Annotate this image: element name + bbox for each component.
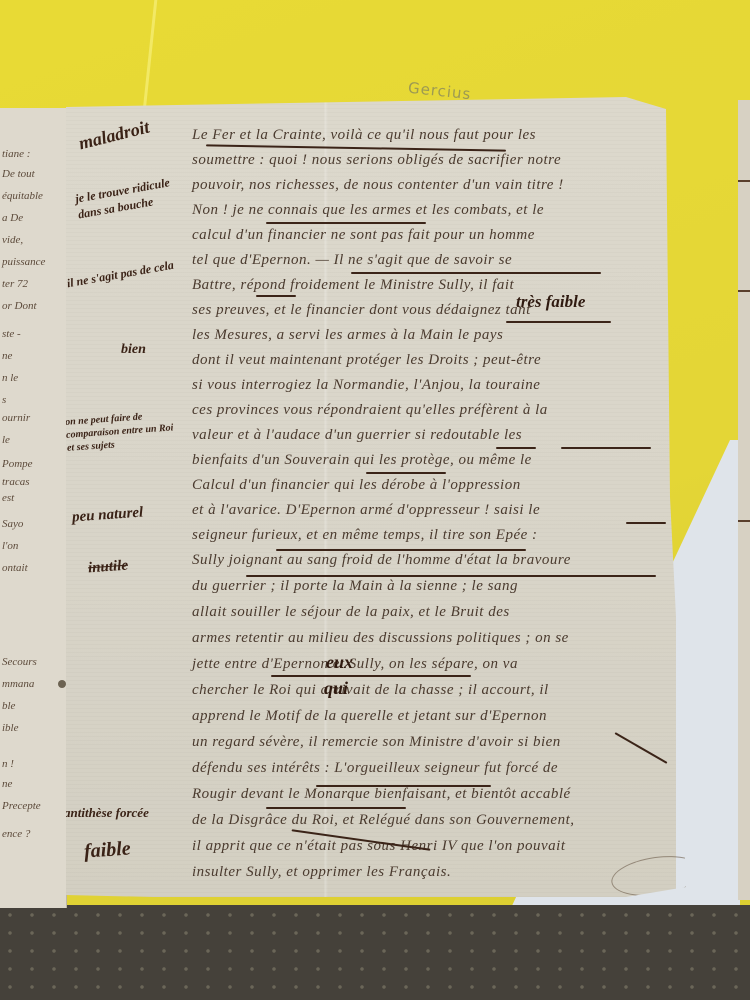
- left-fragment: Precepte: [2, 800, 41, 812]
- left-fragment: De tout: [2, 168, 35, 180]
- text-line: allait souiller le séjour de la paix, et…: [192, 604, 510, 621]
- underline: [561, 447, 651, 449]
- text-line: Le Fer et la Crainte, voilà ce qu'il nou…: [192, 127, 536, 144]
- left-fragment: ste -: [2, 328, 21, 340]
- correction-eux: eux: [326, 652, 353, 673]
- text-line: Battre, répond froidement le Ministre Su…: [192, 277, 514, 294]
- left-fragment: ontait: [2, 562, 28, 574]
- text-line: et à l'avarice. D'Epernon armé d'oppress…: [192, 502, 540, 519]
- margin-note: on ne peut faire de comparaison entre un…: [65, 408, 177, 455]
- ink-smudge: [58, 680, 66, 688]
- left-fragment: s: [2, 394, 6, 406]
- text-line: armes retentir au milieu des discussions…: [192, 630, 569, 647]
- text-line: de la Disgrâce du Roi, et Relégué dans s…: [192, 812, 575, 829]
- left-fragment: or Dont: [2, 300, 37, 312]
- text-line: insulter Sully, et opprimer les Français…: [192, 864, 451, 881]
- left-fragment: ble: [2, 700, 15, 712]
- left-fragment: Pompe: [2, 458, 33, 470]
- text-line: ses preuves, et le financier dont vous d…: [192, 302, 531, 319]
- text-line: défendu ses intérêts : L'orgueilleux sei…: [192, 760, 558, 777]
- text-line: seigneur furieux, et en même temps, il t…: [192, 527, 538, 544]
- text-line: dont il veut maintenant protéger les Dro…: [192, 352, 541, 369]
- text-line: apprend le Motif de la querelle et jetan…: [192, 708, 547, 725]
- underline: [366, 472, 446, 474]
- left-fragment: tracas: [2, 476, 30, 488]
- left-fragment: équitable: [2, 190, 43, 202]
- text-line: jette entre d'Epernon et Sully, on les s…: [192, 656, 518, 673]
- left-fragment: n le: [2, 372, 18, 384]
- carpet-surface: [0, 905, 750, 1000]
- underline: [496, 447, 536, 449]
- text-line: valeur et à l'audace d'un guerrier si re…: [192, 427, 522, 444]
- correction-qui: qui: [324, 678, 348, 699]
- text-line: du guerrier ; il porte la Main à la sien…: [192, 578, 518, 595]
- underline: [246, 575, 656, 577]
- underline: [351, 272, 601, 274]
- text-line: Non ! je ne connais que les armes et les…: [192, 202, 544, 219]
- text-line: les Mesures, a servi les armes à la Main…: [192, 327, 503, 344]
- text-line: Calcul d'un financier qui les dérobe à l…: [192, 477, 521, 494]
- margin-note: faible: [83, 840, 131, 859]
- underline: [256, 295, 296, 297]
- left-fragment: le: [2, 434, 10, 446]
- left-fragment: mmana: [2, 678, 34, 690]
- text-line: bienfaits d'un Souverain qui les protège…: [192, 452, 532, 469]
- manuscript-page: Le Fer et la Crainte, voilà ce qu'il nou…: [66, 97, 676, 897]
- ink-stroke: [738, 180, 750, 182]
- underline: [266, 807, 406, 809]
- left-fragment: ournir: [2, 412, 30, 424]
- underline: [276, 549, 526, 551]
- left-fragment: ter 72: [2, 278, 28, 290]
- correction-tres-faible: très faible: [516, 292, 585, 312]
- left-manuscript-page: tiane : De tout équitable a De vide, pui…: [0, 108, 67, 908]
- left-fragment: Sayo: [2, 518, 23, 530]
- ink-stroke: [738, 290, 750, 292]
- underline: [506, 321, 611, 323]
- margin-note: antithèse forcée: [64, 805, 149, 821]
- text-line: Rougir devant le Monarque bienfaisant, e…: [192, 786, 571, 803]
- left-fragment: Secours: [2, 656, 37, 668]
- left-fragment: ne: [2, 778, 12, 790]
- text-line: soumettre : quoi ! nous serions obligés …: [192, 152, 561, 169]
- left-fragment: a De: [2, 212, 23, 224]
- margin-note: inutile: [87, 558, 128, 577]
- text-line: chercher le Roi qui arrivait de la chass…: [192, 682, 549, 699]
- underline: [316, 785, 491, 787]
- strikethrough: [271, 675, 471, 677]
- left-fragment: puissance: [2, 256, 45, 268]
- left-fragment: ne: [2, 350, 12, 362]
- left-fragment: vide,: [2, 234, 23, 246]
- text-line: ces provinces vous répondraient qu'elles…: [192, 402, 548, 419]
- left-fragment: est: [2, 492, 14, 504]
- left-fragment: n !: [2, 758, 14, 770]
- margin-note: bien: [121, 342, 146, 358]
- underline: [626, 522, 666, 524]
- text-line: si vous interrogiez la Normandie, l'Anjo…: [192, 377, 540, 394]
- text-line: calcul d'un financier ne sont pas fait p…: [192, 227, 535, 244]
- left-fragment: ence ?: [2, 828, 30, 840]
- text-line: tel que d'Epernon. — Il ne s'agit que de…: [192, 252, 512, 269]
- left-fragment: l'on: [2, 540, 18, 552]
- left-fragment: tiane :: [2, 148, 30, 160]
- left-fragment: ible: [2, 722, 19, 734]
- text-line: Sully joignant au sang froid de l'homme …: [192, 552, 571, 569]
- adjacent-manuscript-page: [738, 100, 750, 900]
- text-line: pouvoir, nos richesses, de nous contente…: [192, 177, 564, 194]
- ink-stroke: [738, 520, 750, 522]
- text-line: un regard sévère, il remercie son Minist…: [192, 734, 561, 751]
- underline: [266, 222, 426, 224]
